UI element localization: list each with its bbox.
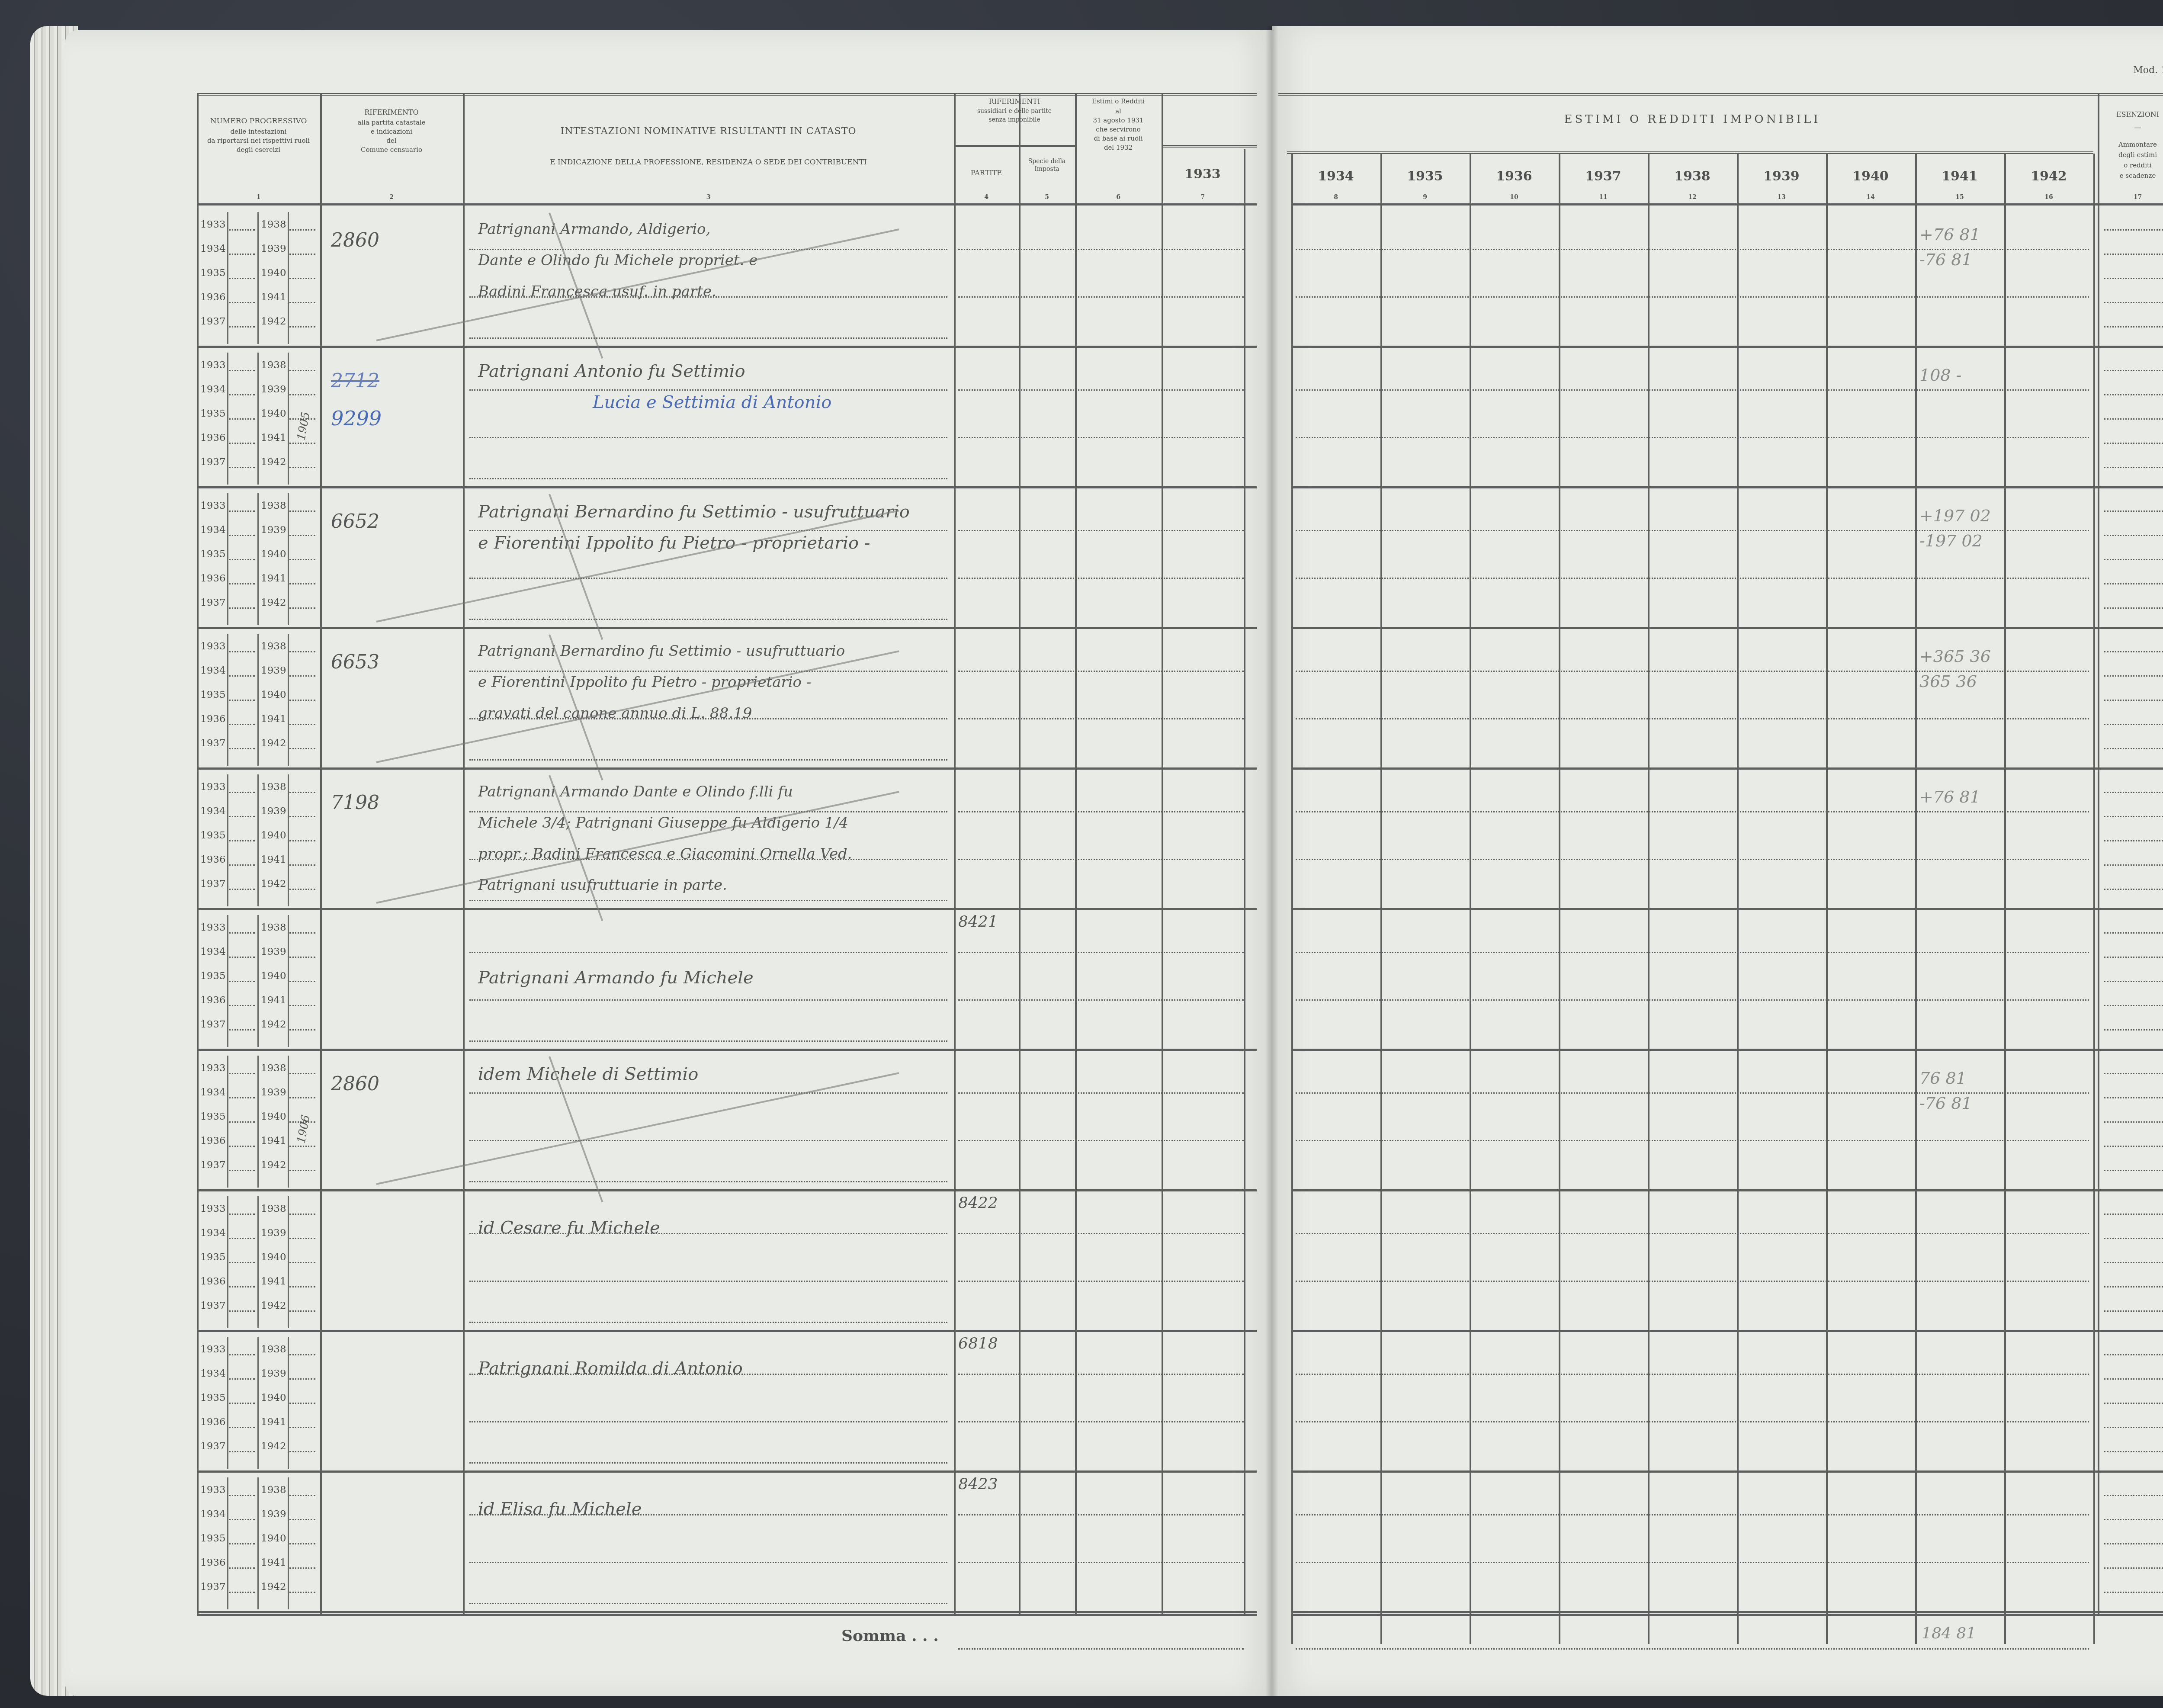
year-label: 1939 [261,1087,286,1098]
intestazione-line: idem Michele di Settimio [478,1064,698,1084]
estimi-dotted-line [1296,437,2089,438]
row-separator [1291,486,2163,488]
year-dotted-line [229,651,255,652]
name-dotted-line [469,952,947,953]
year-label: 1934 [200,1509,226,1520]
riferimenti-subrule [954,145,1075,147]
year-dotted-line [289,1238,315,1239]
year-dotted-line [229,1286,255,1287]
year-label: 1937 [200,1159,226,1171]
year-label: 1939 [261,384,286,395]
header-bottom-rule-left [197,203,1257,205]
year-label: 1941 [261,854,286,865]
col4-number: 4 [954,194,1019,201]
name-dotted-line [469,389,947,391]
year-label: 1937 [200,316,226,327]
name-dotted-line [469,1040,947,1042]
year-dotted-line [229,443,255,444]
year-label: 1933 [200,360,226,371]
year-subcolumn-divider [288,774,289,906]
intestazione-line: Lucia e Settimia di Antonio [593,392,831,412]
year-label: 1934 [200,1368,226,1379]
year-label: 1934 [200,524,226,536]
somma-dotted-line [1296,1648,2089,1650]
year-label: 1936 [200,1276,226,1287]
year-dotted-line [229,816,255,817]
year-label: 1934 [200,946,226,957]
esenzioni-dotted-line [2104,1543,2163,1544]
year-dotted-line [289,675,315,677]
intestazione-line: Patrignani Romilda di Antonio [478,1358,743,1378]
year-dotted-line [289,1592,315,1593]
col2-number: 2 [320,194,463,201]
col6-header-line: che servirono [1075,125,1162,134]
value-dotted-line [958,718,1244,719]
year-dotted-line [289,864,315,866]
year-dotted-line [229,229,255,231]
year-dotted-line [229,981,255,982]
year-label: 1938 [261,1344,286,1355]
footer-rule-left [197,1614,1257,1616]
intestazione-line: id Cesare fu Michele [478,1218,660,1238]
year-label: 1935 [200,1533,226,1544]
year-label: 1938 [261,500,286,511]
year-dotted-line [229,889,255,890]
col1-header-line: da riportarsi nei rispettivi ruoli [197,137,320,145]
year-dotted-line [289,1354,315,1355]
year-label: 1938 [261,1203,286,1214]
esenzioni-line: e scadenze [2098,172,2163,180]
year-column-number: 10 [1470,194,1559,201]
esenzioni-dotted-line [2104,607,2163,609]
year-label: 1935 [200,830,226,841]
year-header-1938: 1938 [1648,169,1737,184]
year-subcolumn-divider [227,774,228,906]
esenzioni-dotted-line [2104,675,2163,677]
year-dotted-line [289,583,315,584]
year-label: 1940 [261,1392,286,1403]
year-subcolumn-divider [227,1196,228,1328]
year-dotted-line [289,700,315,701]
estimo-1941-value: 76 81 [1919,1069,1967,1088]
riferimento-number: 2712 [331,370,379,392]
col3-number: 3 [463,194,954,201]
value-dotted-line [958,671,1244,672]
year-label: 1940 [261,1533,286,1544]
year-label: 1940 [261,1252,286,1263]
year-dotted-line [289,229,315,231]
year-column-number: 11 [1559,194,1648,201]
col2-header-line: Comune censuario [320,146,463,154]
year-dotted-line [229,535,255,536]
year-header-1940: 1940 [1826,169,1915,184]
esenzioni-dotted-line [2104,229,2163,231]
estimi-dotted-line [1296,1421,2089,1422]
estimo-1941-value: +76 81 [1919,787,1980,806]
year-dotted-line [229,254,255,255]
year-subcolumn-divider [288,353,289,485]
year-column-number: 9 [1380,194,1470,201]
intestazione-line: id Elisa fu Michele [478,1499,642,1519]
year-label: 1937 [200,456,226,468]
esenzioni-line: Ammontare [2098,141,2163,149]
year-subcolumn-divider [288,1056,289,1188]
year-header-1936: 1936 [1470,169,1559,184]
estimo-1941-value: +365 36 [1919,647,1991,666]
esenzioni-dotted-line [2104,1214,2163,1215]
year-dotted-line [289,394,315,395]
intestazione-line: Patrignani Bernardino fu Settimio - usuf… [478,642,845,660]
year-dotted-line [229,1451,255,1452]
col6-number: 6 [1075,194,1162,201]
year-label: 1942 [261,1300,286,1311]
year-dotted-line [229,370,255,371]
somma-label: Somma . . . [841,1627,939,1645]
year-dotted-line [289,370,315,371]
year-dotted-line [289,1005,315,1006]
row-separator [1291,767,2163,770]
row-separator [1291,1470,2163,1473]
value-dotted-line [958,249,1244,250]
intestazione-line: Patrignani Bernardino fu Settimio - usuf… [478,502,910,522]
year-header-1934: 1934 [1291,169,1380,184]
col5-number: 5 [1019,194,1075,201]
year-label: 1942 [261,1159,286,1171]
year-dotted-line [229,1262,255,1263]
year-dotted-line [289,840,315,841]
year-label: 1938 [261,641,286,652]
value-dotted-line [958,389,1244,391]
year-dotted-line [229,792,255,793]
year-label: 1942 [261,738,286,749]
year-subcolumn-divider [288,1477,289,1609]
esenzioni-dotted-line [2104,326,2163,327]
esenzioni-dotted-line [2104,932,2163,934]
year-label: 1937 [200,1441,226,1452]
col2-header-line: alla partita catastale [320,119,463,127]
row-separator [197,627,1257,629]
esenzioni-dotted-line [2104,535,2163,536]
year-dotted-line [289,792,315,793]
year-label: 1936 [200,432,226,443]
year-header-1942: 1942 [2004,169,2093,184]
year-label: 1941 [261,573,286,584]
year-dotted-line [229,1427,255,1428]
name-dotted-line [469,530,947,531]
year-label: 1937 [200,1300,226,1311]
year-dotted-line [289,1427,315,1428]
col6-header-line: 31 agosto 1931 [1075,116,1162,125]
year-label: 1936 [200,995,226,1006]
col6-header-line: al [1075,107,1162,116]
col4-header-title: PARTITE [954,169,1019,177]
col6-header-line: del 1932 [1075,144,1162,152]
year-dotted-line [289,1170,315,1171]
esenzioni-dotted-line [2104,724,2163,725]
year-label: 1936 [200,573,226,584]
estimi-group-title: ESTIMI O REDDITI IMPONIBILI [1291,112,2093,127]
year-subcolumn-divider [257,1337,259,1469]
esenzioni-dotted-line [2104,1592,2163,1593]
year-dotted-line [229,510,255,512]
year-label: 1942 [261,1019,286,1030]
year-dotted-line [289,278,315,279]
col45-header-line: senza imponibile [954,116,1075,124]
year-label: 1939 [261,243,286,254]
year-subcolumn-divider [227,915,228,1047]
intestazione-line: Patrignani usufruttuarie in parte. [478,876,727,894]
year-label: 1941 [261,995,286,1006]
year-label: 1935 [200,689,226,700]
name-dotted-line [469,1281,947,1282]
row-separator [197,767,1257,770]
year-subcolumn-divider [257,493,259,625]
esenzioni-title: ESENZIONI [2098,110,2163,119]
estimo-1941-value: 365 36 [1919,672,1977,691]
esenzioni-dotted-line [2104,510,2163,512]
year-header-1941: 1941 [1915,169,2004,184]
year-label: 1935 [200,549,226,560]
value-dotted-line [958,1421,1244,1422]
year-subcolumn-divider [288,915,289,1047]
value-dotted-line [958,1514,1244,1515]
year-label: 1939 [261,1227,286,1239]
year-dotted-line [229,700,255,701]
year-label: 1941 [261,1135,286,1146]
value-dotted-line [958,296,1244,298]
year-label: 1935 [200,408,226,419]
estimi-dotted-line [1296,389,2089,391]
name-dotted-line [469,1092,947,1094]
year-column-number: 8 [1291,194,1380,201]
year-dotted-line [229,1519,255,1520]
year-column-number: 13 [1737,194,1826,201]
name-dotted-line [469,1421,947,1422]
year-dotted-line [229,607,255,609]
year-label: 1933 [200,781,226,793]
year-dotted-line [289,535,315,536]
year-label: 1941 [261,713,286,725]
year-dotted-line [289,559,315,560]
year-label: 1937 [200,738,226,749]
year-subcolumn-divider [227,353,228,485]
intestazione-line: Patrignani Armando fu Michele [478,968,754,988]
intestazione-line: e Fiorentini Ippolito fu Pietro - propri… [478,674,811,691]
year-label: 1933 [200,1063,226,1074]
somma-1941-value: 184 81 [1922,1625,1976,1642]
row-separator [197,486,1257,488]
year-label: 1939 [261,1509,286,1520]
estimo-1941-value: -76 81 [1919,1094,1972,1113]
intestazione-line: Badini Francesca usuf. in parte. [478,283,716,300]
year-dotted-line [229,559,255,560]
year-label: 1938 [261,922,286,933]
year-label: 1933 [200,500,226,511]
row-separator [197,908,1257,910]
year-dotted-line [289,1029,315,1031]
estimi-dotted-line [1296,718,2089,719]
year-dotted-line [229,1005,255,1006]
footer-rule-right [1291,1614,2163,1616]
esenzioni-dotted-line [2104,889,2163,890]
year-label: 1935 [200,1392,226,1403]
year-dotted-line [289,957,315,958]
year-dotted-line [229,278,255,279]
year-label: 1941 [261,432,286,443]
ledger-row [197,1332,2163,1473]
estimi-dotted-line [1296,1514,2089,1515]
year-label: 1934 [200,665,226,676]
row-separator [197,1330,1257,1332]
row-separator [1291,1049,2163,1051]
year-label: 1938 [261,360,286,371]
year-dotted-line [289,1567,315,1569]
year-subcolumn-divider [227,634,228,766]
year-dotted-line [229,864,255,866]
estimi-dotted-line [1296,1374,2089,1375]
year-label: 1938 [261,219,286,230]
estimo-1941-value: -197 02 [1919,531,1983,550]
year-subcolumn-divider [257,1196,259,1328]
year-dotted-line [289,1073,315,1074]
year-label: 1940 [261,689,286,700]
esenzioni-dotted-line [2104,1146,2163,1147]
year-dotted-line [289,651,315,652]
year-dotted-line [289,1097,315,1098]
year-subcolumn-divider [227,212,228,344]
year-subcolumn-divider [257,212,259,344]
name-dotted-line [469,578,947,579]
estimi-dotted-line [1296,1281,2089,1282]
year-label: 1938 [261,781,286,793]
header-bottom-rule-right [1291,203,2163,205]
year-dotted-line [229,467,255,468]
year-label: 1939 [261,1368,286,1379]
somma-dotted-line [958,1648,1244,1650]
year-dotted-line [229,1146,255,1147]
year-subcolumn-divider [227,1477,228,1609]
row-separator [197,1049,1257,1051]
intestazione-line: e Fiorentini Ippolito fu Pietro - propri… [478,533,870,553]
partite-number: 6818 [958,1335,998,1352]
year-dotted-line [229,840,255,841]
year-dotted-line [229,1121,255,1123]
year-subcolumn-divider [257,774,259,906]
year-subcolumn-divider [288,634,289,766]
year-dotted-line [289,302,315,303]
year-dotted-line [229,1073,255,1074]
year-dotted-line [289,607,315,609]
value-dotted-line [958,1281,1244,1282]
year-label: 1937 [200,878,226,889]
year-subcolumn-divider [288,493,289,625]
row-separator [197,1470,1257,1473]
partite-number: 8422 [958,1194,998,1212]
row-separator [1291,1330,2163,1332]
year-label: 1942 [261,316,286,327]
year-label: 1933 [200,922,226,933]
name-dotted-line [469,619,947,620]
year-dotted-line [229,957,255,958]
row-separator [197,1189,1257,1191]
year-label: 1940 [261,408,286,419]
col6-header-title: Estimi o Redditi [1075,97,1162,106]
year-label: 1934 [200,1227,226,1239]
esenzioni-dotted-line [2104,864,2163,866]
esenzioni-dotted-line [2104,1310,2163,1312]
year-dotted-line [289,1519,315,1520]
name-dotted-line [469,1562,947,1563]
esenzioni-dotted-line [2104,1427,2163,1428]
year-label: 1937 [200,1019,226,1030]
year-label: 1933 [200,641,226,652]
col1-header-line: delle intestazioni [197,128,320,136]
year-label: 1936 [200,713,226,725]
row-separator [1291,627,2163,629]
name-dotted-line [469,437,947,438]
ledger-row [197,1473,2163,1614]
riferimento-number: 2860 [331,1073,379,1095]
year-column-number: 15 [1915,194,2004,201]
year-subcolumn-divider [288,212,289,344]
value-dotted-line [958,1374,1244,1375]
year-dotted-line [229,1238,255,1239]
year-dotted-line [289,1495,315,1496]
value-dotted-line [958,811,1244,812]
col3-header-subtitle: E INDICAZIONE DELLA PROFESSIONE, RESIDEN… [463,158,954,167]
year-label: 1942 [261,1441,286,1452]
esenzioni-dotted-line [2104,957,2163,958]
year-dotted-line [289,1378,315,1380]
year-dotted-line [229,1543,255,1544]
esenzioni-dotted-line [2104,1029,2163,1031]
esenzioni-dotted-line [2104,651,2163,652]
esenzioni-dotted-line [2104,443,2163,444]
year-subcolumn-divider [288,1196,289,1328]
name-dotted-line [469,1603,947,1604]
year-label: 1936 [200,854,226,865]
esenzioni-dotted-line [2104,1121,2163,1123]
col1-header-title: NUMERO PROGRESSIVO [197,117,320,126]
esenzioni-number: 17 [2098,194,2163,201]
year-label: 1940 [261,830,286,841]
riferimento-number: 6653 [331,651,379,673]
esenzioni-dotted-line [2104,1073,2163,1074]
year-dotted-line [229,932,255,934]
value-dotted-line [958,437,1244,438]
year-subcolumn-divider [257,1477,259,1609]
year-dotted-line [229,724,255,725]
year-dotted-line [289,326,315,327]
header-top-rule-right [1278,93,2163,96]
esenzioni-dotted-line [2104,467,2163,468]
year-label: 1934 [200,1087,226,1098]
form-model-label: Mod. 111 - Imposte Dirette (Intercalare)… [2107,65,2163,76]
esenzioni-dotted-line [2104,1378,2163,1380]
year-subcolumn-divider [227,1056,228,1188]
intestazione-line: Patrignani Armando, Aldigerio, [478,221,710,238]
esenzioni-dotted-line [2104,1097,2163,1098]
year-label: 1941 [261,1557,286,1568]
row-separator [1291,1189,2163,1191]
col6-header-line: di base ai ruoli [1075,135,1162,143]
year-dotted-line [289,467,315,468]
year-subcolumn-divider [257,915,259,1047]
year-column-number: 16 [2004,194,2093,201]
row-separator [197,346,1257,348]
year-dotted-line [229,583,255,584]
intestazione-line: Michele 3/4; Patrignani Giuseppe fu Aldi… [478,814,848,832]
